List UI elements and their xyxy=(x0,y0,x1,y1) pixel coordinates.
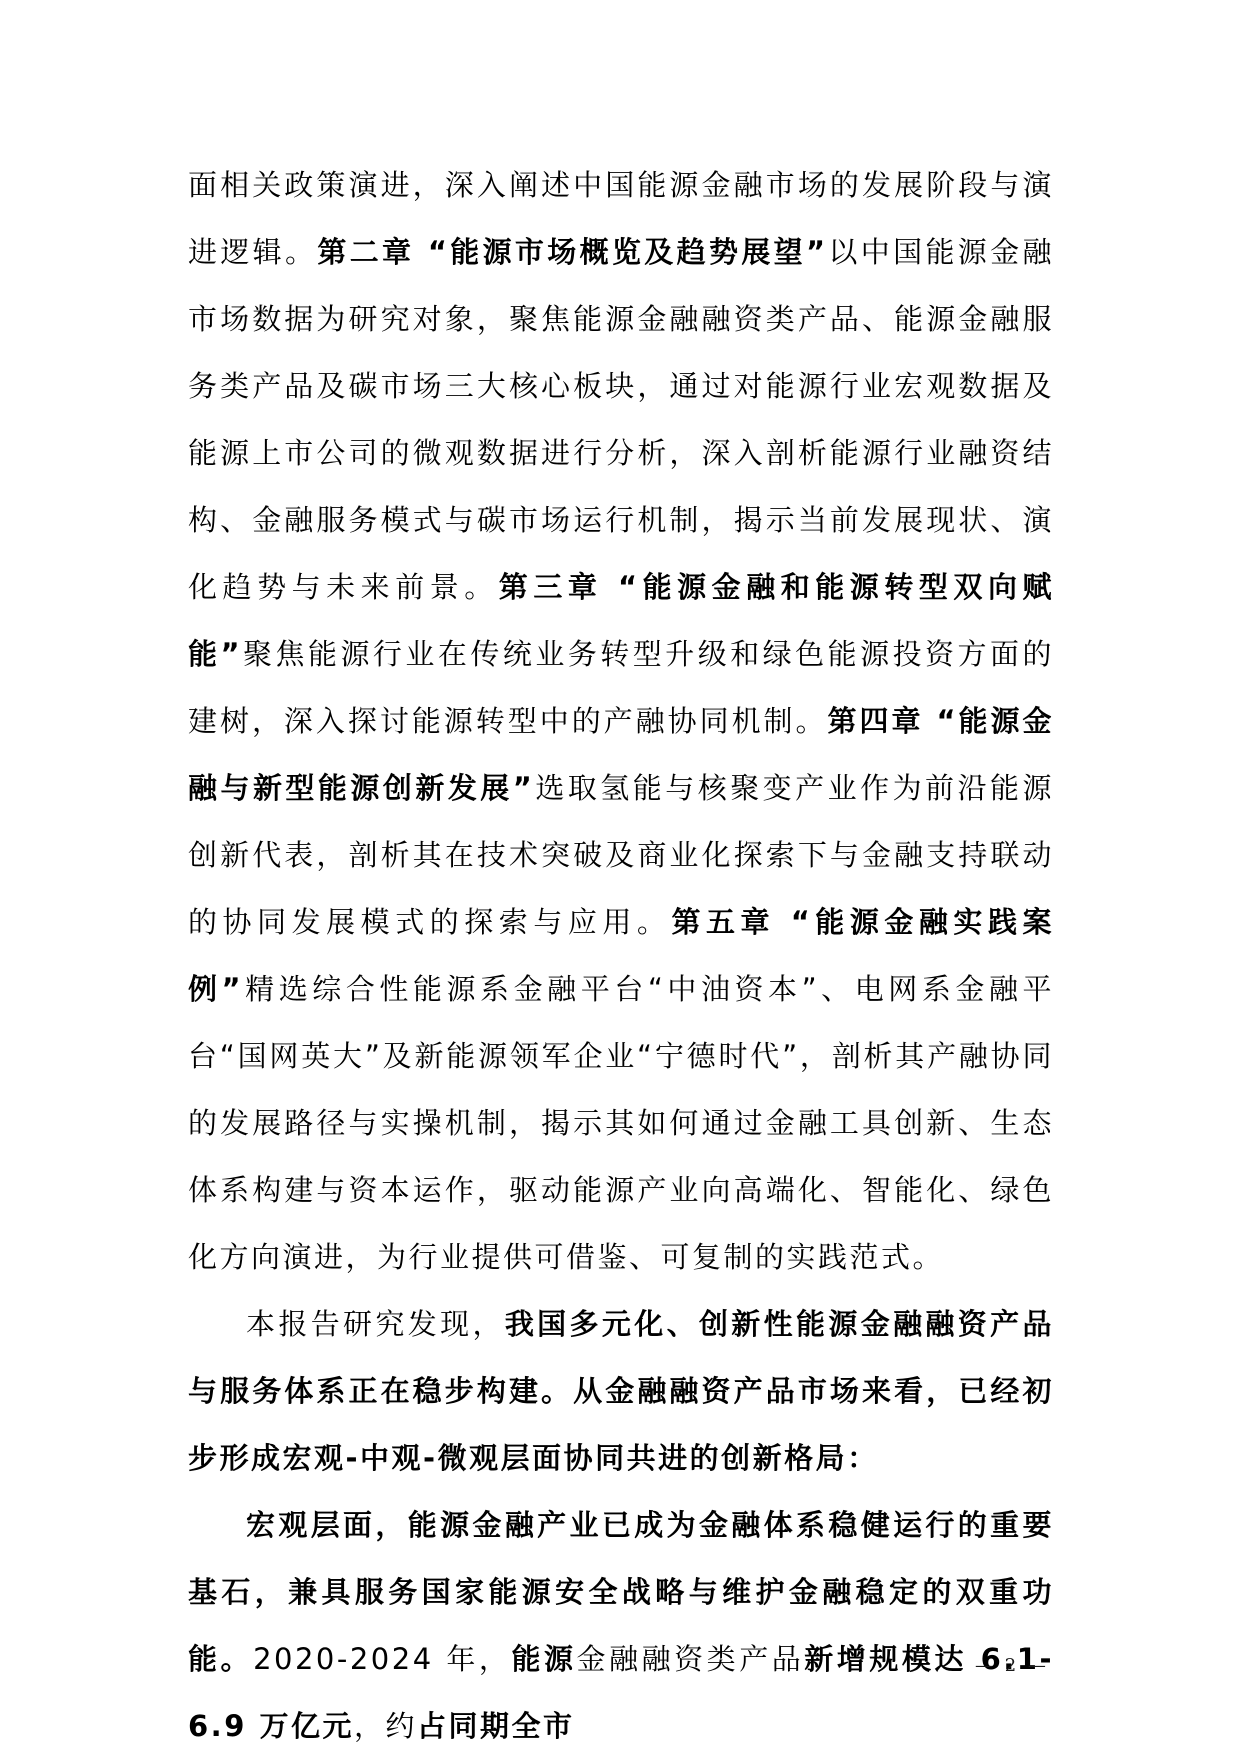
text-run-bold: 能源 xyxy=(511,1642,576,1676)
paragraph: 宏观层面，能源金融产业已成为金融体系稳健运行的重要基石，兼具服务国家能源安全战略… xyxy=(188,1492,1054,1754)
text-run: 本报告研究发现， xyxy=(246,1307,505,1341)
text-run-bold: 第二章 “能源市场概览及趋势展望” xyxy=(317,235,827,269)
text-run: 精选综合性能源系金融平台“中油资本”、电网系金融平台“国网英大”及新能源领军企业… xyxy=(188,972,1054,1274)
text-run-bold: 占同期全市 xyxy=(417,1709,575,1743)
document-page: 面相关政策演进，深入阐述中国能源金融市场的发展阶段与演进逻辑。第二章 “能源市场… xyxy=(0,0,1240,1754)
paragraph: 本报告研究发现，我国多元化、创新性能源金融融资产品与服务体系正在稳步构建。从金融… xyxy=(188,1291,1054,1492)
text-run: ，约 xyxy=(354,1709,417,1743)
text-run: 以中国能源金融市场数据为研究对象，聚焦能源金融融资类产品、能源金融服务类产品及碳… xyxy=(188,235,1054,604)
text-run: 金融融资类产品 xyxy=(577,1642,805,1676)
text-run: 2020-2024 年， xyxy=(253,1642,511,1676)
document-body: 面相关政策演进，深入阐述中国能源金融市场的发展阶段与演进逻辑。第二章 “能源市场… xyxy=(188,152,1054,1754)
page-number: — 2 — xyxy=(975,1655,1049,1676)
paragraph: 面相关政策演进，深入阐述中国能源金融市场的发展阶段与演进逻辑。第二章 “能源市场… xyxy=(188,152,1054,1291)
page-footer: — 2 — xyxy=(975,1655,1085,1676)
